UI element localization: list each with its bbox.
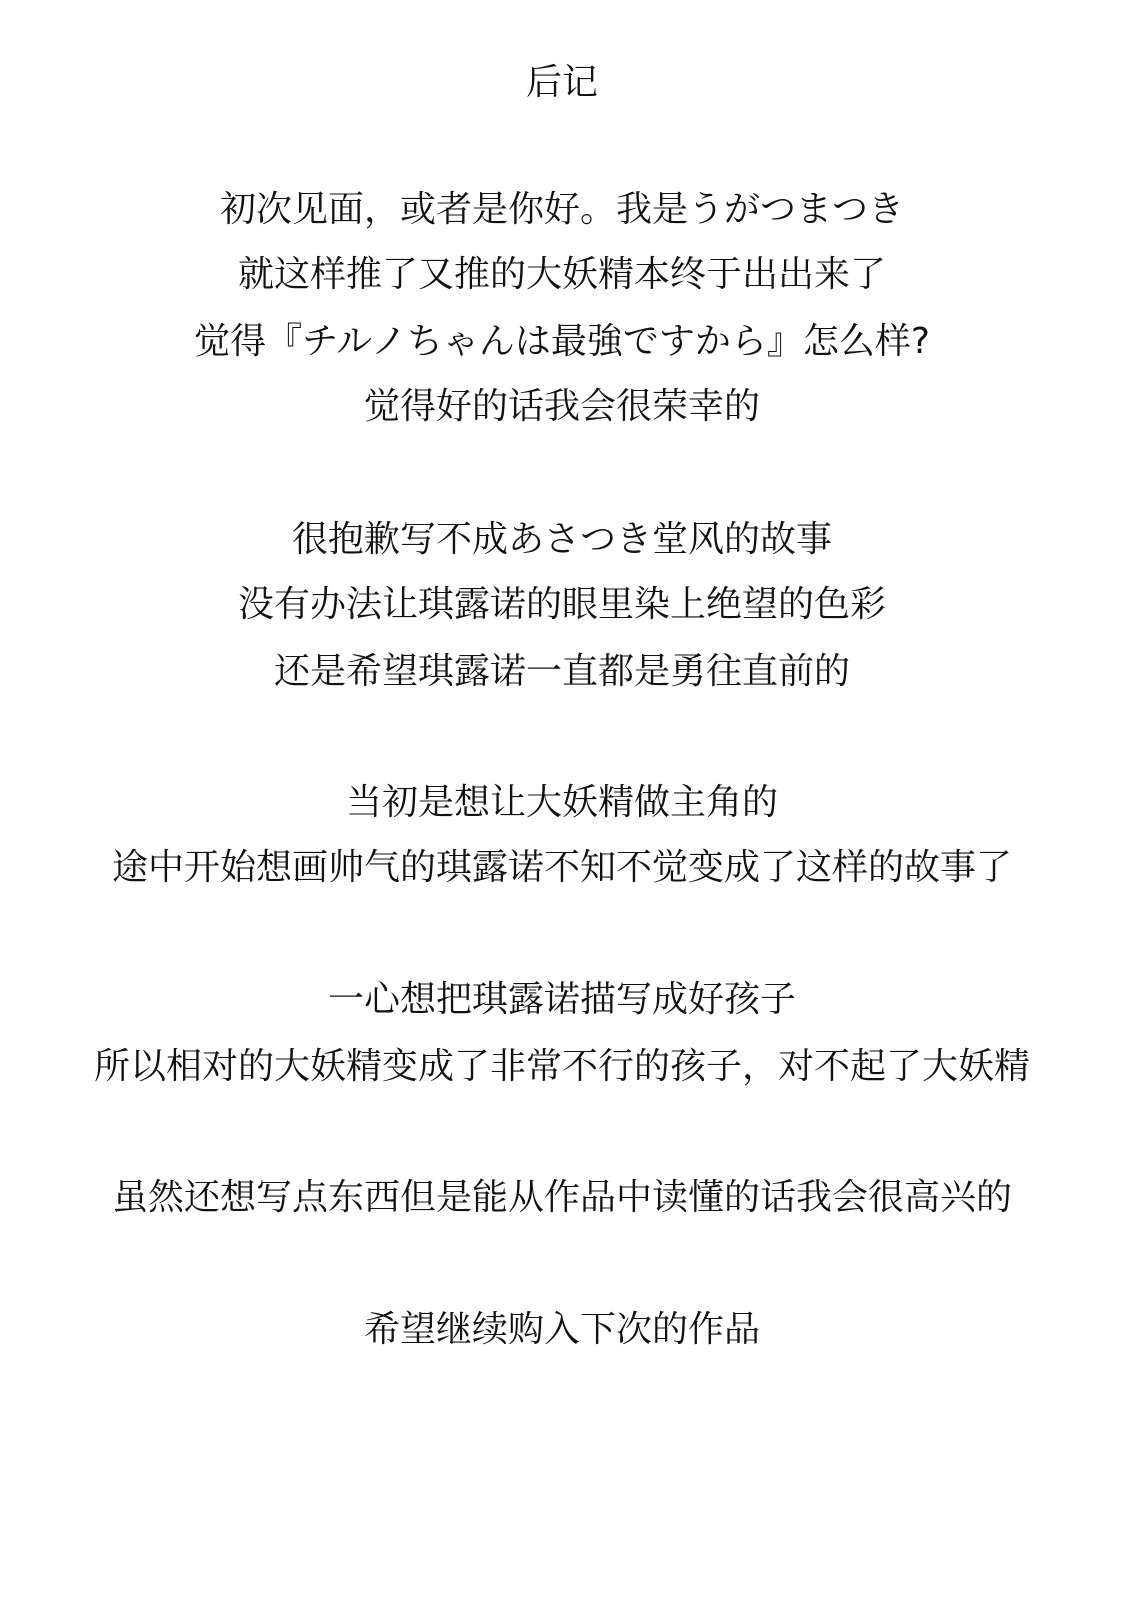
text-line: 还是希望琪露诺一直都是勇往直前的 — [0, 650, 1124, 694]
text-line: 初次见面，或者是你好。我是うがつまつき — [0, 188, 1124, 232]
text-line: 很抱歉写不成あさつき堂风的故事 — [0, 518, 1124, 562]
text-line: 虽然还想写点东西但是能从作品中读懂的话我会很高兴的 — [0, 1176, 1124, 1220]
text-line: 所以相对的大妖精变成了非常不行的孩子，对不起了大妖精 — [0, 1045, 1124, 1089]
text-line: 觉得『チルノちゃんは最強ですから』怎么样? — [0, 320, 1124, 364]
text-line: 就这样推了又推的大妖精本终于出出来了 — [0, 253, 1124, 297]
text-line: 当初是想让大妖精做主角的 — [0, 781, 1124, 825]
text-line: 一心想把琪露诺描写成好孩子 — [0, 978, 1124, 1022]
text-line: 觉得好的话我会很荣幸的 — [0, 385, 1124, 429]
text-line: 途中开始想画帅气的琪露诺不知不觉变成了这样的故事了 — [0, 846, 1124, 890]
text-line: 没有办法让琪露诺的眼里染上绝望的色彩 — [0, 583, 1124, 627]
afterword-page: 后记 初次见面，或者是你好。我是うがつまつき 就这样推了又推的大妖精本终于出出来… — [0, 0, 1124, 1600]
page-title: 后记 — [0, 61, 1124, 105]
text-line: 希望继续购入下次的作品 — [0, 1308, 1124, 1352]
